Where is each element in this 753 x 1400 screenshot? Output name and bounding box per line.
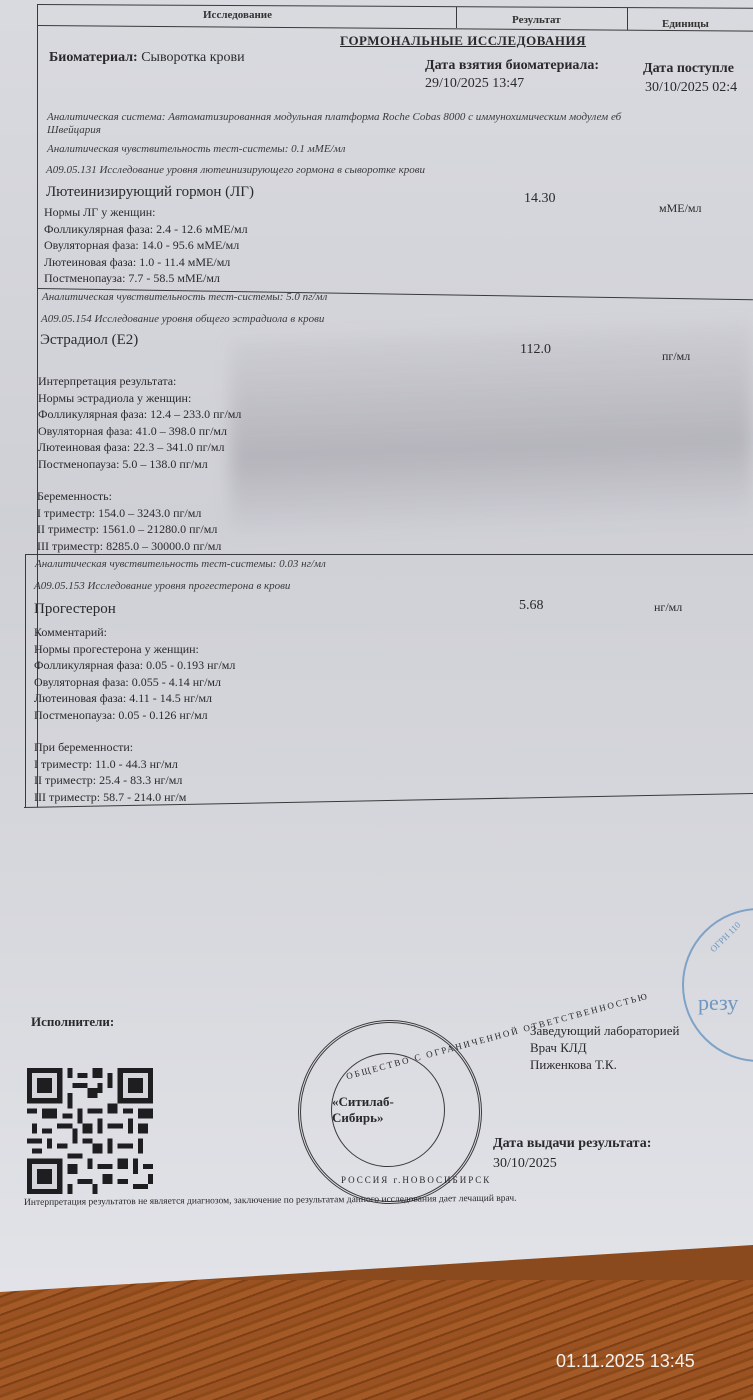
lh-unit: мМЕ/мл (659, 201, 702, 216)
prog-note: Нормы прогестерона у женщин: (34, 641, 235, 658)
seal-ring-bottom: РОССИЯ г.НОВОСИБИРСК (341, 1175, 491, 1185)
e2-note: Фолликулярная фаза: 12.4 – 233.0 пг/мл (38, 406, 241, 423)
biomaterial-label: Биоматериал: (49, 50, 138, 65)
lh-note: Овуляторная фаза: 14.0 - 95.6 мМЕ/мл (44, 237, 248, 254)
prog-pregnancy-note: При беременности: (34, 739, 186, 756)
company-seal: ОБЩЕСТВО С ОГРАНИЧЕННОЙ ОТВЕТСТВЕННОСТЬЮ… (298, 1020, 482, 1204)
lh-note: Нормы ЛГ у женщин: (44, 204, 248, 221)
lh-note: Лютеиновая фаза: 1.0 - 11.4 мМЕ/мл (44, 254, 248, 271)
head-of-lab-title: Заведующий лабораторией (530, 1022, 679, 1039)
header-result: Результат (512, 14, 561, 26)
prog-code: A09.05.153 Исследование уровня прогестер… (34, 580, 290, 592)
table-top-border (37, 4, 753, 9)
prog-pregnancy-note: II триместр: 25.4 - 83.3 нг/мл (34, 772, 186, 789)
prog-name: Прогестерон (34, 601, 116, 618)
wooden-table-background (0, 1280, 753, 1400)
lh-code: A09.05.131 Исследование уровня лютеинизи… (46, 164, 425, 176)
header-study: Исследование (203, 9, 272, 21)
blue-stamp-partial-text: резу (698, 990, 738, 1016)
biomaterial-value: Сыворотка крови (141, 50, 244, 65)
qr-code-icon (27, 1068, 153, 1194)
lh-reference-ranges: Нормы ЛГ у женщин: Фолликулярная фаза: 2… (44, 204, 248, 287)
prog-note: Комментарий: (34, 624, 235, 641)
prog-note: Овуляторная фаза: 0.055 - 4.14 нг/мл (34, 674, 235, 691)
lh-name: Лютеинизирующий гормон (ЛГ) (46, 184, 254, 201)
doctor-name: Пиженкова Т.К. (530, 1056, 679, 1073)
prog-unit: нг/мл (654, 600, 682, 615)
prog-reference-ranges: Комментарий: Нормы прогестерона у женщин… (34, 624, 235, 724)
e2-name: Эстрадиол (E2) (40, 332, 138, 349)
section-title: ГОРМОНАЛЬНЫЕ ИССЛЕДОВАНИЯ (340, 33, 586, 49)
e2-note: Лютеиновая фаза: 22.3 – 341.0 пг/мл (38, 439, 241, 456)
table-left-border-lower (25, 554, 26, 808)
table-header-bottom-border (37, 25, 753, 32)
e2-note: Овуляторная фаза: 41.0 – 398.0 пг/мл (38, 423, 241, 440)
e2-note: Постменопауза: 5.0 – 138.0 пг/мл (38, 456, 241, 473)
prog-note: Фолликулярная фаза: 0.05 - 0.193 нг/мл (34, 657, 235, 674)
receipt-date-value: 30/10/2025 02:4 (645, 80, 737, 96)
blue-lab-stamp: ОГРН 110 резу (682, 908, 753, 1062)
analytic-system-line1: Аналитическая система: Автоматизированна… (47, 111, 621, 123)
lh-note: Фолликулярная фаза: 2.4 - 12.6 мМЕ/мл (44, 221, 248, 238)
header-units: Единицы (662, 18, 709, 30)
collection-date-label: Дата взятия биоматериала: (425, 58, 599, 74)
prog-pregnancy-note: I триместр: 11.0 - 44.3 нг/мл (34, 756, 186, 773)
header-divider-1 (456, 7, 457, 28)
e2-pregnancy-ranges: Беременность: I триместр: 154.0 – 3243.0… (37, 488, 221, 554)
e2-result: 112.0 (520, 342, 551, 358)
lab-report-page: Исследование Результат Единицы ГОРМОНАЛЬ… (0, 0, 753, 1292)
issue-date-value: 30/10/2025 (493, 1156, 557, 1172)
prog-note: Лютеиновая фаза: 4.11 - 14.5 нг/мл (34, 690, 235, 707)
prog-result: 5.68 (519, 598, 544, 614)
performers-label: Исполнители: (31, 1014, 114, 1030)
collection-date-value: 29/10/2025 13:47 (425, 76, 524, 92)
biomaterial-row: Биоматериал: Сыворотка крови (49, 50, 245, 66)
prog-sensitivity: Аналитическая чувствительность тест-сист… (35, 558, 326, 570)
doctor-title: Врач КЛД (530, 1039, 679, 1056)
lh-sensitivity: Аналитическая чувствительность тест-сист… (47, 143, 345, 155)
e2-sensitivity: Аналитическая чувствительность тест-сист… (42, 291, 327, 303)
e2-note: Нормы эстрадиола у женщин: (38, 390, 241, 407)
e2-pregnancy-note: I триместр: 154.0 – 3243.0 пг/мл (37, 505, 221, 522)
e2-pregnancy-note: III триместр: 8285.0 – 30000.0 пг/мл (37, 538, 221, 555)
row-divider-2 (25, 554, 753, 555)
e2-unit: пг/мл (662, 349, 690, 364)
e2-pregnancy-note: II триместр: 1561.0 – 21280.0 пг/мл (37, 521, 221, 538)
seal-inner-circle: «Ситилаб-Сибирь» (331, 1053, 445, 1167)
issue-date-label: Дата выдачи результата: (493, 1136, 651, 1152)
seal-company-name: «Ситилаб-Сибирь» (332, 1094, 444, 1126)
prog-pregnancy-ranges: При беременности: I триместр: 11.0 - 44.… (34, 739, 186, 805)
blue-stamp-ring-text: ОГРН 110 (708, 920, 742, 954)
e2-note: Интерпретация результата: (38, 373, 241, 390)
signatory-block: Заведующий лабораторией Врач КЛД Пиженко… (530, 1022, 679, 1073)
e2-code: A09.05.154 Исследование уровня общего эс… (41, 313, 324, 325)
photo-timestamp: 01.11.2025 13:45 (556, 1351, 695, 1372)
analytic-system-line2: Швейцария (47, 124, 101, 136)
header-divider-2 (627, 8, 628, 30)
receipt-date-label: Дата поступле (643, 61, 734, 77)
e2-pregnancy-note: Беременность: (37, 488, 221, 505)
prog-pregnancy-note: III триместр: 58.7 - 214.0 нг/м (34, 789, 186, 806)
e2-reference-ranges: Интерпретация результата: Нормы эстрадио… (38, 373, 241, 473)
disclaimer-text: Интерпретация результатов не является ди… (24, 1194, 517, 1208)
prog-note: Постменопауза: 0.05 - 0.126 нг/мл (34, 707, 235, 724)
lh-result: 14.30 (524, 191, 556, 207)
lh-note: Постменопауза: 7.7 - 58.5 мМЕ/мл (44, 270, 248, 287)
